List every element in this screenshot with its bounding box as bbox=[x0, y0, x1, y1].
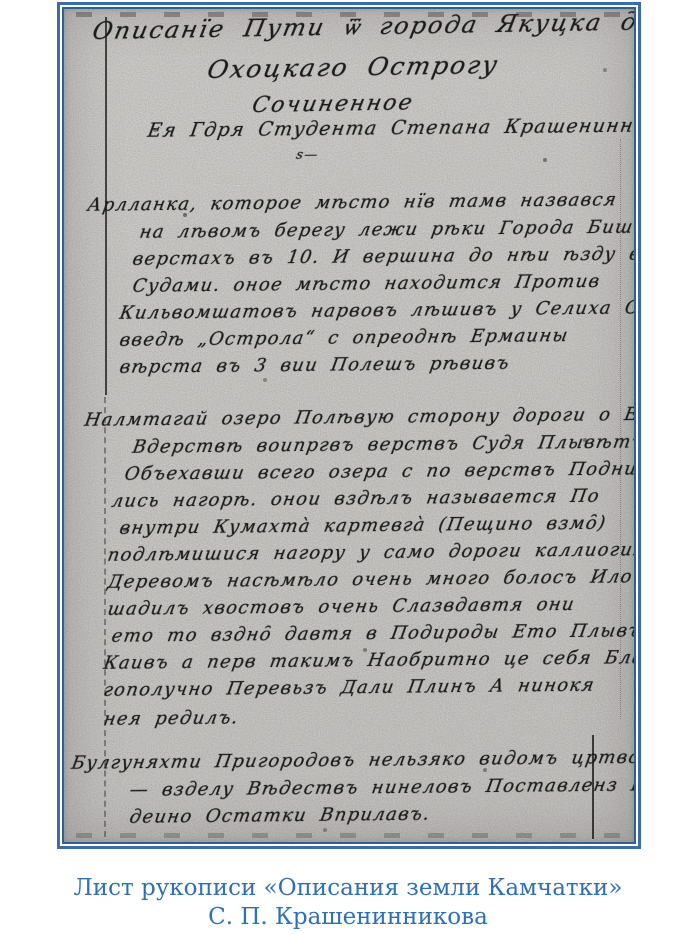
manuscript-line: гополучно Перевьзъ Дали Плинъ А нинокя bbox=[102, 675, 597, 701]
manuscript-line: Судами. оное мѣсто находится Против bbox=[131, 271, 602, 297]
manuscript-title-line: Ея Гдря Студента Степана Крашенинникова bbox=[146, 114, 634, 142]
manuscript-line: Деревомъ насѣмѣло очень много болосъ Ило bbox=[106, 567, 634, 593]
manuscript-title-mark: ѕ— bbox=[295, 148, 320, 163]
manuscript-title-line: Охоцкаго Острогу bbox=[205, 50, 502, 84]
manuscript-photo-frame-inner: Описанїе Пути ѿ города Якуцка до̑ Охоцка… bbox=[62, 7, 636, 844]
manuscript-line: подлѣмишися нагору у само дороги каллиог… bbox=[106, 539, 634, 566]
manuscript-page: Описанїе Пути ѿ города Якуцка до̑ Охоцка… bbox=[64, 9, 634, 842]
manuscript-line: нея редилъ. bbox=[102, 708, 241, 730]
manuscript-line: лись нагорѣ. онои вздѣлъ называется По bbox=[110, 486, 602, 512]
manuscript-line: Кильвомшатовъ нарвовъ лѣшивъ у Селиха Св… bbox=[118, 297, 634, 324]
manuscript-line: верстахъ въ 10. И вершина до нѣи ѣзду в … bbox=[131, 243, 634, 270]
manuscript-line: Вдерствѣ воипргвъ верствъ Судя Плывѣтъ. bbox=[131, 432, 634, 458]
manuscript-line: Объехавши всего озера с по верствъ Подни… bbox=[123, 458, 634, 485]
manuscript-line: шадилъ хвостовъ очень Слазвдавтя они bbox=[106, 594, 577, 620]
manuscript-line: введѣ „Острола“ с опреоднѣ Ермаины bbox=[118, 325, 570, 351]
manuscript-line: Арлланка, которое мѣсто нїв тамв назвавс… bbox=[86, 189, 619, 216]
caption-line-1: Лист рукописи «Описания земли Камчатки» bbox=[0, 874, 696, 903]
manuscript-title-line: Сочиненное bbox=[250, 90, 416, 118]
manuscript-line: вѣрста въ 3 вии Полешъ рѣвивъ bbox=[118, 353, 511, 378]
manuscript-line: на лѣвомъ берегу лежи рѣки Города Бишина bbox=[138, 216, 634, 243]
manuscript-line: внутри Кумахта̀ картевга̀ (Пещино взмо̑) bbox=[118, 513, 608, 539]
caption-line-2: С. П. Крашенинникова bbox=[0, 903, 696, 932]
manuscript-photo-frame: Описанїе Пути ѿ города Якуцка до̑ Охоцка… bbox=[57, 2, 641, 849]
figure-caption: Лист рукописи «Описания земли Камчатки» … bbox=[0, 874, 696, 932]
ink-specks bbox=[64, 9, 66, 11]
photo-edge-smudge-bottom bbox=[76, 833, 622, 838]
manuscript-line: Каивъ а перв такимъ Наобритно це себя Бл… bbox=[102, 647, 634, 674]
manuscript-line: Булгуняхти Пригородовъ нельзяко видомъ ц… bbox=[70, 747, 634, 774]
manuscript-line: Налмтагай озеро Полѣвую сторону дороги о… bbox=[83, 403, 634, 431]
manuscript-line: деино Остатки Вприлавъ. bbox=[128, 804, 432, 828]
manuscript-line: — взделу Вѣдествъ нинеловъ Поставленз Вр… bbox=[128, 773, 634, 801]
figure-page: Описанїе Пути ѿ города Якуцка до̑ Охоцка… bbox=[0, 0, 696, 935]
manuscript-line: ето то вздно̑ давтя в Подироды Ето Плывъ bbox=[110, 620, 634, 647]
